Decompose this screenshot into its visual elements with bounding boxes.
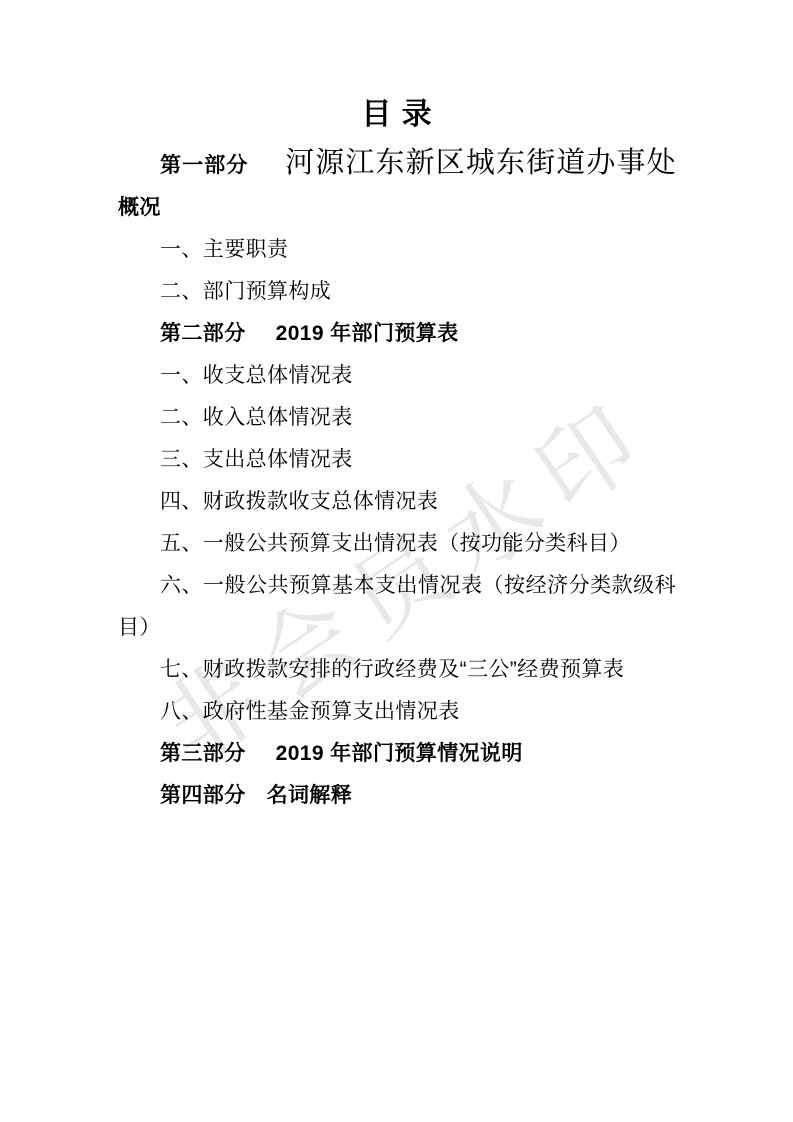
part-2-label: 第二部分	[160, 322, 246, 345]
toc-entry-part-1: 第一部分河源江东新区城东街道办事处概况	[118, 142, 676, 229]
part-1-label: 第一部分	[160, 154, 248, 177]
toc-content: 目 录 第一部分河源江东新区城东街道办事处概况 一、主要职责 二、部门预算构成 …	[118, 88, 676, 817]
part-4-label: 第四部分	[160, 784, 246, 807]
part-2-title: 2019 年部门预算表	[276, 322, 459, 345]
part-1-spacer	[248, 171, 284, 172]
toc-entry-item: 八、政府性基金预算支出情况表	[118, 691, 676, 733]
part-3-label: 第三部分	[160, 742, 246, 765]
toc-entry-item: 三、支出总体情况表	[118, 439, 676, 481]
toc-entry-item: 四、财政拨款收支总体情况表	[118, 481, 676, 523]
toc-entry-item: 五、一般公共预算支出情况表（按功能分类科目）	[118, 523, 676, 565]
toc-entry-item: 六、一般公共预算基本支出情况表（按经济分类款级科目）	[118, 565, 676, 649]
toc-entry-part-3: 第三部分2019 年部门预算情况说明	[118, 733, 676, 775]
toc-entry-item: 二、部门预算构成	[118, 271, 676, 313]
toc-entry-item: 七、财政拨款安排的行政经费及“三公”经费预算表	[118, 649, 676, 691]
document-page: 非会员水印 目 录 第一部分河源江东新区城东街道办事处概况 一、主要职责 二、部…	[0, 0, 793, 1122]
part-2-spacer	[246, 339, 276, 340]
toc-entry-item: 二、收入总体情况表	[118, 397, 676, 439]
toc-entry-part-4: 第四部分名词解释	[118, 775, 676, 817]
toc-entry-part-2: 第二部分2019 年部门预算表	[118, 313, 676, 355]
toc-entry-item: 一、收支总体情况表	[118, 355, 676, 397]
page-title: 目 录	[118, 88, 676, 142]
part-3-spacer	[246, 759, 276, 760]
part-4-spacer	[246, 801, 267, 802]
toc-entry-item: 一、主要职责	[118, 229, 676, 271]
part-1-title: 河源江东新区城东街道办事处	[284, 147, 676, 179]
part-3-title: 2019 年部门预算情况说明	[276, 742, 523, 765]
part-4-title: 名词解释	[267, 784, 353, 807]
part-1-suffix: 概况	[118, 196, 161, 219]
